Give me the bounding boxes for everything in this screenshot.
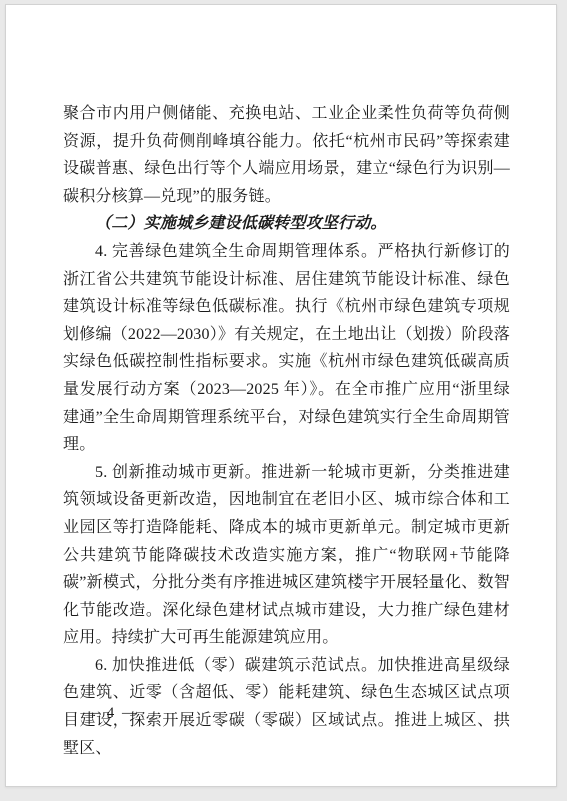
section-heading: （二）实施城乡建设低碳转型攻坚行动。: [63, 210, 510, 238]
body-paragraph-item5: 5. 创新推动城市更新。推进新一轮城市更新，分类推进建筑领域设备更新改造，因地制…: [63, 459, 510, 652]
document-page: 聚合市内用户侧储能、充换电站、工业企业柔性负荷等负荷侧资源，提升负荷侧削峰填谷能…: [5, 4, 557, 787]
body-paragraph-item4: 4. 完善绿色建筑全生命周期管理体系。严格执行新修订的浙江省公共建筑节能设计标准…: [63, 238, 510, 459]
page-number: — 4 —: [84, 705, 139, 722]
document-viewer-canvas: 聚合市内用户侧储能、充换电站、工业企业柔性负荷等负荷侧资源，提升负荷侧削峰填谷能…: [0, 0, 567, 801]
page-content: 聚合市内用户侧储能、充换电站、工业企业柔性负荷等负荷侧资源，提升负荷侧削峰填谷能…: [63, 100, 510, 762]
body-paragraph-continuation: 聚合市内用户侧储能、充换电站、工业企业柔性负荷等负荷侧资源，提升负荷侧削峰填谷能…: [63, 100, 510, 210]
